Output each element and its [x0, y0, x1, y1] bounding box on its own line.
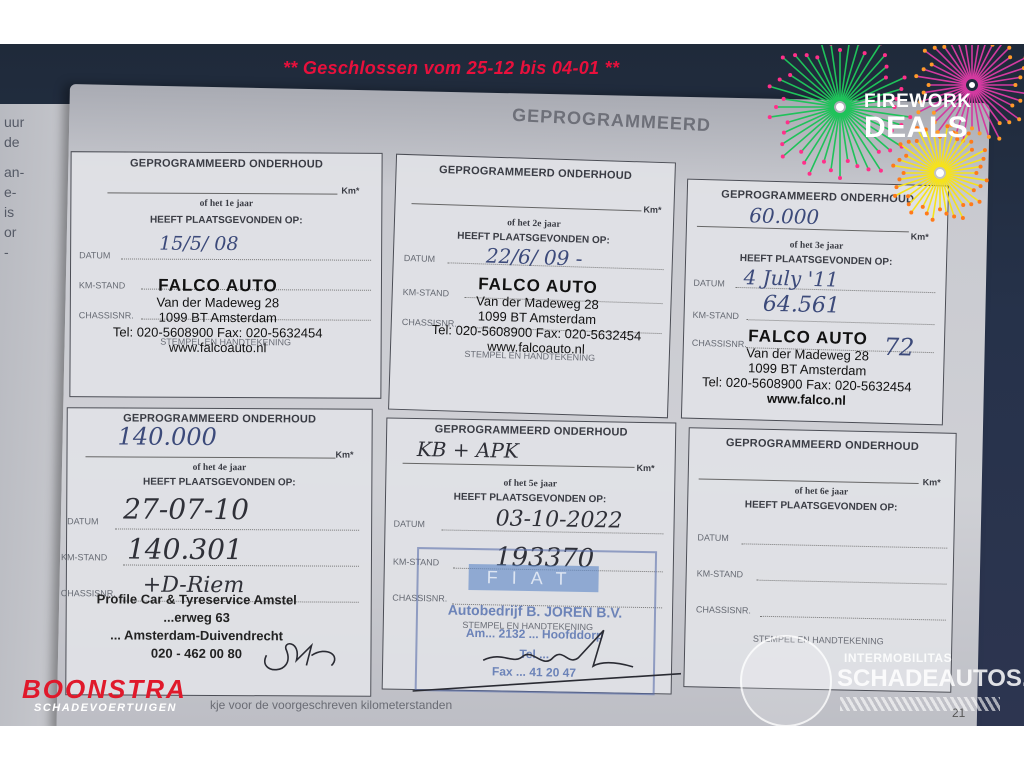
- badge-title-line1: FIREWORK: [864, 91, 971, 113]
- signature: [402, 619, 683, 704]
- left-fragment: uur: [4, 112, 24, 132]
- dealer-name: BOONSTRA: [22, 676, 187, 702]
- kmstand-handwritten: 64.561: [763, 292, 841, 319]
- watermark-stripes: [840, 697, 1000, 711]
- stamp-line: Autobedrijf B. JOREN B.V.: [420, 601, 650, 621]
- watermark-big-text: SCHADEAUTOS.NL: [837, 665, 1024, 693]
- km-line: [85, 456, 335, 458]
- km-line: [699, 478, 919, 484]
- stamp-address: Van der Madeweg 28: [73, 294, 363, 311]
- globe-icon: [740, 635, 832, 727]
- km-line: [412, 203, 642, 211]
- km-label: Km*: [911, 231, 929, 241]
- km-label: Km*: [636, 463, 654, 473]
- stamp-brand: FALCO AUTO: [73, 276, 363, 296]
- km-handwritten: KB + APK: [417, 437, 519, 463]
- maintenance-card-year-4: GEPROGRAMMEERD ONDERHOUD 140.000 Km* of …: [65, 407, 373, 697]
- chassis-label: CHASSISNR.: [696, 604, 751, 615]
- kmstand-label: KM-STAND: [61, 552, 107, 562]
- watermark-small-text: INTERMOBILITAS: [844, 651, 952, 665]
- stamp-line: Profile Car & Tyreservice Amstel: [57, 590, 337, 609]
- datum-handwritten: 15/5/ 08: [159, 233, 238, 255]
- left-fragment: or: [4, 222, 24, 242]
- maintenance-card-year-5: GEPROGRAMMEERD ONDERHOUD KB + APK Km* of…: [382, 417, 677, 694]
- closed-notice-banner: ** Geschlossen vom 25-12 bis 04-01 **: [283, 58, 619, 79]
- firework-deals-badge[interactable]: FIREWORK DEALS: [752, 45, 1024, 225]
- left-fragment: e-: [4, 182, 24, 202]
- datum-handwritten: 4 July '11: [743, 265, 839, 291]
- km-line: [107, 192, 337, 194]
- datum-label: DATUM: [79, 250, 110, 260]
- card-title: GEPROGRAMMEERD ONDERHOUD: [396, 163, 674, 184]
- heeft-label: HEEFT PLAATSGEVONDEN OP:: [688, 498, 954, 515]
- maintenance-card-year-2: GEPROGRAMMEERD ONDERHOUD Km* of het 2e j…: [388, 154, 676, 419]
- datum-label: DATUM: [393, 519, 425, 530]
- boonstra-logo: BOONSTRA SCHADEVOERTUIGEN: [22, 676, 187, 714]
- left-fragment: de: [4, 132, 24, 152]
- falco-auto-stamp: FALCO AUTO Van der Madeweg 28 1099 BT Am…: [73, 276, 363, 356]
- datum-label: DATUM: [693, 278, 725, 289]
- card-title: GEPROGRAMMEERD ONDERHOUD: [68, 412, 372, 426]
- maintenance-card-year-1: GEPROGRAMMEERD ONDERHOUD Km* of het 1e j…: [69, 151, 382, 399]
- heeft-label: HEEFT PLAATSGEVONDEN OP:: [71, 214, 381, 227]
- stamp-city: 1099 BT Amsterdam: [73, 309, 363, 326]
- kmstand-label: KM-STAND: [692, 310, 739, 321]
- datum-label: DATUM: [697, 532, 729, 543]
- datum-line: [741, 543, 947, 548]
- badge-title-line2: DEALS: [864, 111, 968, 145]
- dealer-subtitle: SCHADEVOERTUIGEN: [34, 702, 187, 714]
- km-handwritten: 140.000: [118, 422, 217, 451]
- chassis-line: [760, 616, 946, 621]
- left-fragment: -: [4, 242, 24, 262]
- left-fragment: an-: [4, 162, 24, 182]
- falco-auto-stamp: FALCO AUTO Van der Madeweg 28 1099 BT Am…: [676, 325, 938, 410]
- heeft-label: HEEFT PLAATSGEVONDEN OP:: [67, 476, 371, 489]
- datum-line: [115, 528, 359, 530]
- left-fragment: is: [4, 202, 24, 222]
- heeft-label: HEEFT PLAATSGEVONDEN OP:: [386, 490, 674, 506]
- bottom-white-border: [0, 726, 1024, 768]
- datum-label: DATUM: [67, 516, 98, 526]
- year-label: of het 1e jaar: [71, 198, 381, 210]
- left-page-text: uur de an- e- is or -: [4, 112, 24, 262]
- datum-handwritten: 22/6/ 09 -: [486, 244, 583, 271]
- card-title: GEPROGRAMMEERD ONDERHOUD: [72, 157, 382, 171]
- kmstand-line: [746, 319, 934, 325]
- km-label: Km*: [341, 186, 359, 196]
- stamp-web: www.falcoauto.nl: [73, 339, 363, 356]
- datum-handwritten: 03-10-2022: [495, 506, 622, 533]
- schadeautos-watermark: INTERMOBILITAS SCHADEAUTOS.NL: [740, 635, 1024, 725]
- datum-handwritten: 27-07-10: [123, 492, 249, 526]
- stamp-phone: Tel: 020-5608900 Fax: 020-5632454: [73, 324, 363, 341]
- year-label: of het 6e jaar: [688, 484, 954, 500]
- signature: [256, 635, 346, 675]
- kmstand-label: KM-STAND: [697, 568, 744, 579]
- datum-line: [121, 258, 371, 260]
- datum-label: DATUM: [404, 253, 436, 264]
- stamp-line: ...erweg 63: [57, 608, 337, 627]
- card-title: GEPROGRAMMEERD ONDERHOUD: [689, 436, 955, 454]
- falco-auto-stamp: FALCO AUTO Van der Madeweg 28 1099 BT Am…: [401, 273, 673, 359]
- km-label: Km*: [923, 477, 941, 487]
- kmstand-handwritten: 140.301: [127, 533, 243, 567]
- kmstand-line: [757, 580, 947, 585]
- top-white-border: [0, 0, 1024, 44]
- year-label: of het 5e jaar: [386, 476, 674, 491]
- km-line: [403, 463, 635, 468]
- km-label: Km*: [643, 204, 661, 215]
- km-label: Km*: [335, 450, 353, 460]
- bottom-caption: kje voor de voorgeschreven kilometerstan…: [210, 698, 452, 712]
- fiat-logo: FIAT: [468, 564, 598, 592]
- year-label: of het 4e jaar: [67, 462, 371, 474]
